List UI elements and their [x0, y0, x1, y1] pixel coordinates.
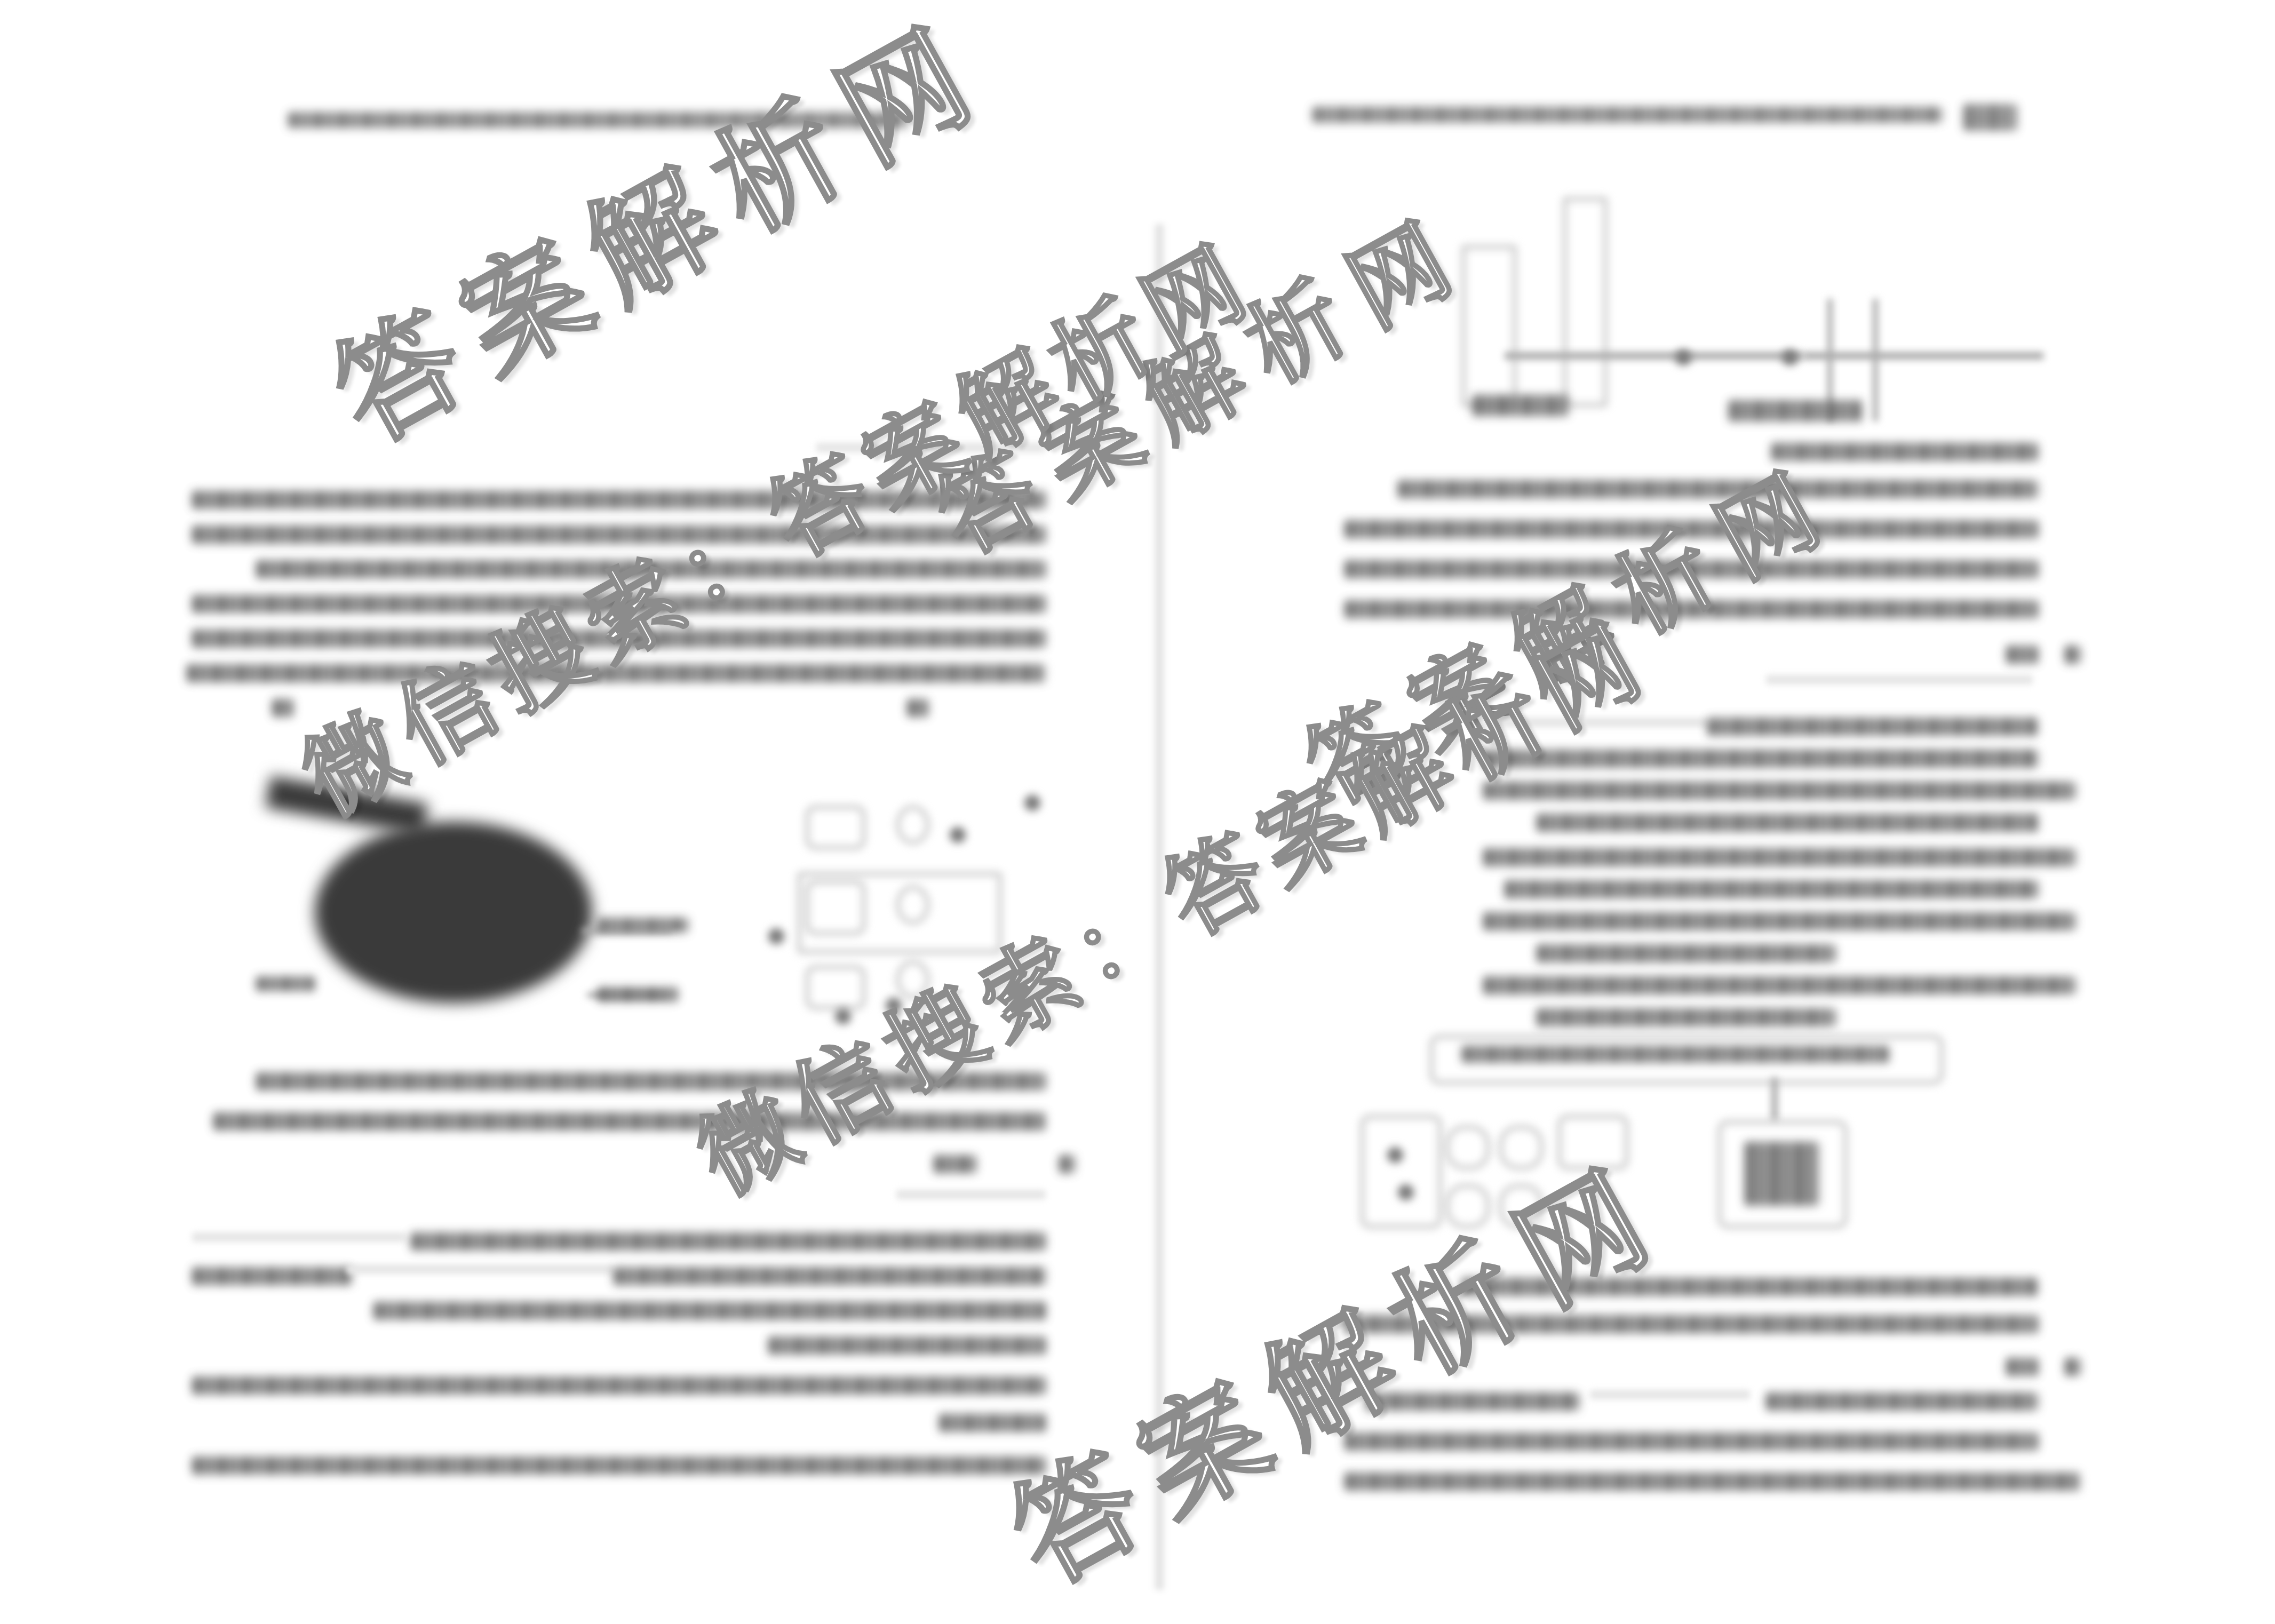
text-line [1537, 944, 1835, 962]
text-line [1707, 718, 2038, 736]
page-marker [1963, 104, 2017, 131]
text-line [2006, 1358, 2038, 1376]
text-line [1537, 1008, 1835, 1026]
text-line [1059, 1155, 1075, 1173]
text-line [192, 1376, 1046, 1395]
text-line [1537, 814, 2038, 832]
figure-label [598, 987, 678, 1002]
text-line [373, 1302, 1046, 1320]
text-line [939, 1414, 1046, 1432]
answer-blank [1766, 675, 2033, 684]
text-line [2006, 646, 2038, 664]
figure-label [1473, 395, 1569, 416]
text-line [1766, 1392, 2038, 1411]
text-line [2065, 1358, 2081, 1376]
text-line [411, 1232, 1046, 1251]
answer-blank [347, 1264, 614, 1274]
page-header [1312, 107, 1942, 123]
text-line [2065, 646, 2081, 664]
figure-label [1729, 400, 1862, 421]
text-line [934, 1155, 976, 1173]
text-line [1483, 976, 2075, 994]
text-line [907, 699, 928, 717]
text-line [1483, 848, 2075, 866]
text-line [1483, 912, 2075, 930]
answer-blank [896, 1190, 1046, 1199]
answer-blank [1590, 1390, 1750, 1399]
answer-blank [192, 1232, 405, 1242]
text-line [1505, 880, 2038, 898]
flowchart-label [1745, 1142, 1819, 1206]
figure-label [256, 976, 315, 991]
text-line [1771, 443, 2038, 461]
flowchart-title [1462, 1046, 1889, 1063]
figure-label [598, 918, 688, 933]
text-line [1483, 782, 2075, 800]
text-line [1345, 1432, 2038, 1451]
text-line [768, 1336, 1046, 1355]
text-line [192, 1456, 1046, 1475]
text-line [192, 1267, 352, 1285]
text-line [1345, 1472, 2081, 1491]
text-line [614, 1267, 1046, 1285]
